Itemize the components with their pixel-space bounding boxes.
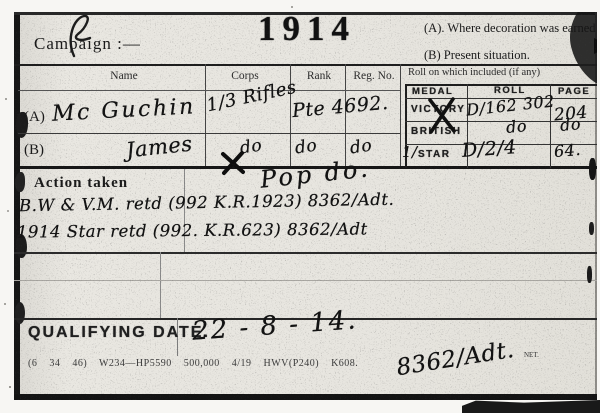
campaign-year: 1914: [258, 12, 356, 49]
medal-row-star: STAR: [418, 149, 450, 160]
card-border-bottom: [14, 394, 597, 400]
column-header-reg-no: Reg. No.: [348, 70, 400, 82]
table-divider: [400, 64, 401, 166]
handwritten-page-british: do: [559, 114, 582, 135]
handwritten-roll-star: D/2/4: [461, 136, 517, 162]
section-divider: [160, 252, 161, 318]
handwritten-side-note: Pop do.: [259, 154, 372, 193]
handwritten-corps-a: 1/3 Rifles: [205, 77, 299, 117]
handwritten-roll-british: do: [505, 116, 528, 137]
spine-blot: [15, 302, 25, 324]
table-top-rule: [14, 64, 597, 66]
legend-b: (B) Present situation.: [424, 48, 530, 63]
background-shadow-block: [462, 400, 600, 413]
handwritten-name-b: James: [125, 132, 194, 163]
faint-rule: [14, 280, 597, 281]
handwritten-name-a: Mc Guchin: [51, 94, 196, 126]
column-header-corps: Corps: [210, 70, 280, 82]
column-header-rank: Rank: [294, 70, 344, 82]
handwritten-page-star: 64.: [553, 140, 582, 161]
x-mark-icon: [425, 95, 459, 135]
handwritten-action-line-2: 1914 Star retd (992. K.R.623) 8362/Adt: [17, 219, 368, 241]
x-mark-icon: [220, 150, 246, 176]
scanned-medal-card-page: Campaign :— 1914 (A). Where decoration w…: [0, 0, 600, 413]
row-a-label: (A): [24, 109, 45, 126]
medal-index-card: Campaign :— 1914 (A). Where decoration w…: [14, 12, 597, 400]
handwritten-ref-note: 8362/Adt.: [395, 337, 516, 381]
handwritten-star-prefix: 1/: [402, 143, 418, 161]
scan-speckles: [5, 98, 7, 100]
handwritten-action-line-1: B.W & V.M. retd (992 K.R.1923) 8362/Adt.: [19, 190, 395, 216]
edge-mark: [589, 158, 596, 180]
table-divider: [205, 64, 206, 166]
row-rule: [14, 252, 597, 254]
row-b-label: (B): [24, 142, 44, 159]
edge-print-fragment: NET.: [524, 351, 539, 359]
row-divider: [18, 133, 400, 134]
handwritten-rank-regno-a: Pte 4692.: [291, 92, 389, 122]
roll-col-page: PAGE: [558, 86, 590, 97]
spine-blot: [15, 172, 25, 192]
qualifying-date-label: QUALIFYING DATE.: [28, 324, 210, 342]
campaign-label: Campaign :—: [34, 34, 141, 54]
edge-mark: [589, 222, 594, 235]
edge-mark: [587, 266, 592, 283]
roll-table-title: Roll on which included (if any): [408, 67, 540, 78]
column-header-name: Name: [74, 70, 174, 82]
header-underline: [18, 90, 400, 91]
printer-imprint: (6 34 46) W234—HP5590 500,000 4/19 HWV(P…: [28, 358, 358, 369]
handwritten-qualifying-date: 22 - 8 - 14.: [191, 305, 358, 346]
action-taken-label: Action taken: [34, 175, 128, 192]
handwritten-ditto-rank-b: do: [294, 136, 319, 159]
handwritten-roll-victory: D/162 302: [465, 91, 555, 119]
